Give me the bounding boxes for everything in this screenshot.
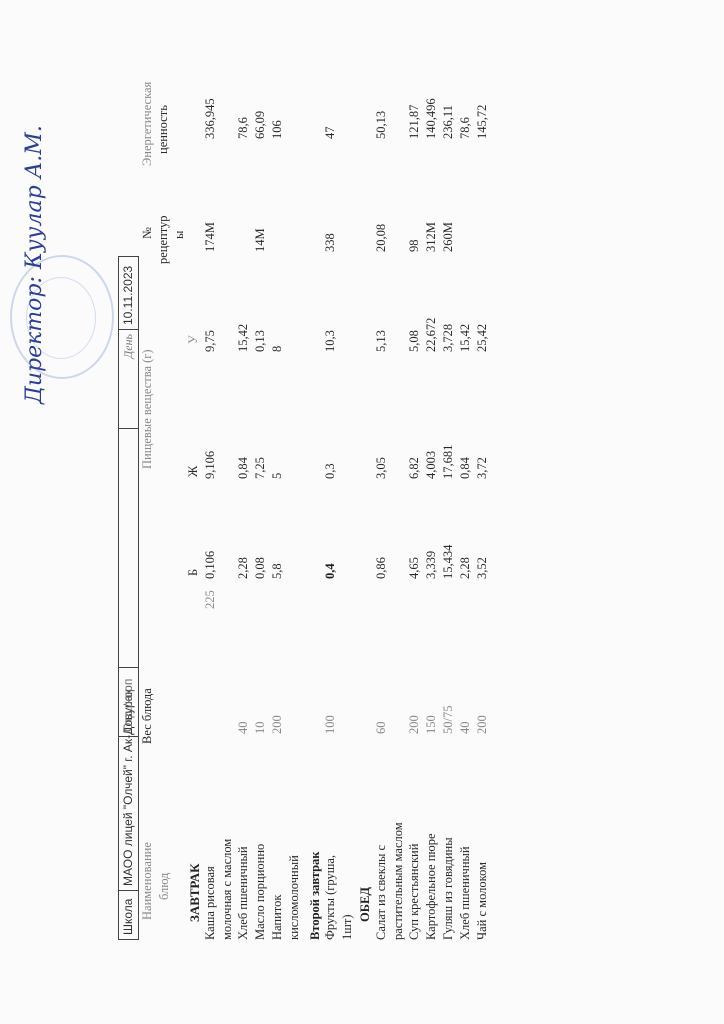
dish-energy: 47 (323, 127, 337, 140)
col-recipe-line3: ы (172, 231, 186, 239)
col-protein: Б (186, 569, 200, 576)
dish-weight: 200 (407, 715, 421, 734)
dish-weight: 60 (374, 722, 388, 735)
rotated-menu-sheet: Директор: Куулар А.М. Школа МАОО лицей "… (0, 0, 724, 1024)
dish-recipe-no: 312М (424, 222, 438, 252)
dish-energy: 236,11 (441, 105, 455, 139)
dish-carbs: 10,3 (323, 330, 337, 352)
dish-name: Хлеб пшеничный (458, 846, 472, 940)
dish-name: Каша рисовая (203, 866, 217, 940)
dish-energy: 106 (270, 120, 284, 139)
col-nutrients: Пищевые вещества (г) (140, 349, 154, 469)
dish-carbs: 25,42 (475, 324, 489, 352)
dish-weight: 200 (475, 715, 489, 734)
col-fat: Ж (186, 466, 200, 477)
dish-protein: 15,434 (441, 545, 455, 579)
header-row: Школа МАОО лицей "Олчей" г. Ак-Довурак О… (118, 256, 139, 940)
dish-fat: 0,84 (236, 457, 250, 479)
col-recipe-line2: рецептур (156, 215, 170, 264)
dept-value (119, 428, 138, 667)
dish-energy: 336,945 (203, 98, 217, 139)
dish-energy: 140,496 (424, 98, 438, 139)
col-carbs: У (186, 335, 200, 344)
dish-weight: 40 (458, 722, 472, 735)
dish-energy: 50,13 (374, 111, 388, 139)
dish-name: Суп крестьянский (407, 844, 421, 940)
dish-carbs: 8 (270, 346, 284, 352)
section-breakfast: ЗАВТРАК (188, 863, 202, 922)
dish-protein: 0,86 (374, 557, 388, 579)
dish-weight: 225 (203, 590, 217, 609)
dish-energy: 78,6 (236, 117, 250, 139)
dish-protein: 4,65 (407, 557, 421, 579)
dish-weight: 50/75 (441, 706, 455, 734)
dish-weight: 100 (323, 715, 337, 734)
dish-recipe-no: 174М (203, 222, 217, 252)
dish-weight: 150 (424, 715, 438, 734)
dish-name: Чай с молоком (475, 862, 489, 940)
dish-weight: 200 (270, 715, 284, 734)
dish-energy: 78,6 (458, 117, 472, 139)
dish-carbs: 5,08 (407, 330, 421, 352)
dept-label: Отд./корп (119, 667, 138, 736)
dish-energy: 66,09 (253, 111, 267, 139)
dish-fat: 17,681 (441, 445, 455, 479)
dish-fat: 9,106 (203, 451, 217, 479)
section-second-breakfast: Второй завтрак (308, 851, 322, 940)
dish-name: Гуляш из говядины (441, 837, 455, 940)
dish-protein: 3,52 (475, 557, 489, 579)
dish-carbs: 15,42 (236, 324, 250, 352)
document-page: Директор: Куулар А.М. Школа МАОО лицей "… (0, 0, 724, 1024)
col-weight: Вес блюда (140, 688, 154, 744)
dish-carbs: 5,13 (374, 330, 388, 352)
dish-fat: 7,25 (253, 457, 267, 479)
col-recipe-line1: № (140, 227, 154, 239)
dish-protein: 0,4 (323, 563, 337, 579)
dish-recipe-no: 14М (253, 228, 267, 252)
dish-name-cont: 1шт) (340, 914, 354, 940)
date-value: 10.11.2023 (119, 257, 138, 329)
school-name: МАОО лицей "Олчей" г. Ак-Довурак (119, 736, 138, 890)
dish-protein: 2,28 (236, 557, 250, 579)
dish-protein: 0,106 (203, 551, 217, 579)
section-lunch: ОБЕД (358, 887, 372, 922)
dish-protein: 0,08 (253, 557, 267, 579)
dish-name-cont: молочная с маслом (220, 839, 234, 940)
col-energy-line1: Энергетическая (140, 82, 154, 166)
dish-fat: 3,72 (475, 457, 489, 479)
col-energy-line2: ценность (156, 105, 170, 154)
dish-name: Напиток (270, 895, 284, 940)
dish-fat: 6,82 (407, 457, 421, 479)
dish-name: Картофельное пюре (424, 833, 438, 940)
dish-carbs: 3,728 (441, 324, 455, 352)
col-name-line2: блюд (157, 873, 171, 900)
dish-energy: 145,72 (475, 105, 489, 139)
school-label: Школа (119, 890, 138, 939)
dish-fat: 3,05 (374, 457, 388, 479)
dish-weight: 40 (236, 722, 250, 735)
dish-carbs: 15,42 (458, 324, 472, 352)
dish-name-cont: кисломолочный (287, 855, 301, 940)
col-name-line1: Наименование (140, 842, 154, 920)
dish-recipe-no: 338 (323, 233, 337, 252)
dish-protein: 5,8 (270, 563, 284, 579)
dish-name: Хлеб пшеничный (236, 846, 250, 940)
dish-name: Масло порционно (253, 844, 267, 940)
dish-recipe-no: 20,08 (374, 224, 388, 252)
dish-protein: 3,339 (424, 551, 438, 579)
dish-name: Салат из свеклы с (374, 845, 388, 940)
dish-protein: 2,28 (458, 557, 472, 579)
dish-carbs: 22,672 (424, 318, 438, 352)
dish-carbs: 0,13 (253, 330, 267, 352)
dish-fat: 5 (270, 473, 284, 479)
dish-energy: 121,87 (407, 105, 421, 139)
day-label: День (119, 329, 138, 428)
director-signature: Директор: Куулар А.М. (22, 125, 47, 404)
dish-fat: 4,003 (424, 451, 438, 479)
dish-fat: 0,84 (458, 457, 472, 479)
dish-name: Фрукты (груша, (323, 855, 337, 940)
dish-weight: 10 (253, 722, 267, 735)
dish-recipe-no: 98 (407, 240, 421, 253)
dish-name-cont: растительным маслом (391, 822, 405, 940)
dish-carbs: 9,75 (203, 330, 217, 352)
dish-recipe-no: 260М (441, 222, 455, 252)
dish-fat: 0,3 (323, 463, 337, 479)
